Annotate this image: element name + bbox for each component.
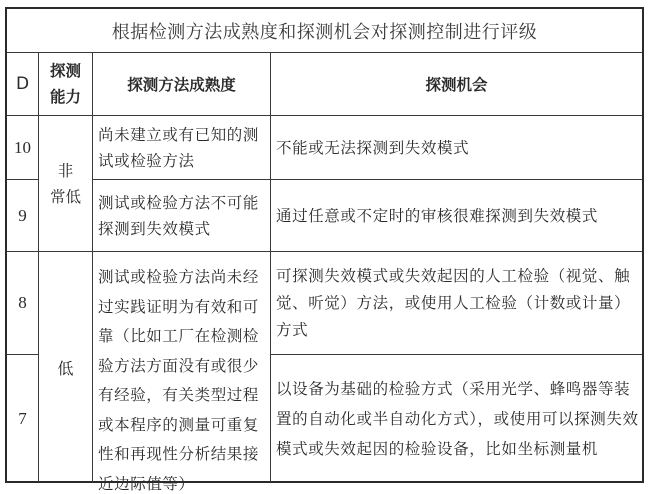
ability-very-low: 非 常低 [38, 115, 92, 251]
rating-8: 8 [7, 251, 38, 354]
header-detection-ability: 探测 能力 [38, 52, 92, 115]
opportunity-9: 通过任意或不定时的审核很难探测到失效模式 [270, 179, 642, 251]
ability-very-low-line2: 常低 [50, 184, 81, 210]
table-title: 根据检测方法成熟度和探测机会对探测控制进行评级 [7, 9, 642, 52]
ability-very-low-line1: 非 [50, 158, 81, 184]
opportunity-8: 可探测失效模式或失效起因的人工检验（视觉、触觉、听觉）方法，或使用人工检验（计数… [270, 251, 642, 354]
header-detection-opportunity: 探测机会 [270, 52, 642, 115]
rating-9: 9 [7, 179, 38, 251]
rating-7: 7 [7, 354, 38, 483]
header-d: D [7, 52, 38, 115]
maturity-9: 测试或检验方法不可能探测到失效模式 [92, 179, 270, 251]
maturity-10: 尚未建立或有已知的测试或检验方法 [92, 115, 270, 179]
opportunity-10: 不能或无法探测到失效模式 [270, 115, 642, 179]
header-method-maturity: 探测方法成熟度 [92, 52, 270, 115]
detection-rating-table: 根据检测方法成熟度和探测机会对探测控制进行评级 D 探测 能力 探测方法成熟度 … [5, 7, 644, 483]
ability-low: 低 [38, 251, 92, 483]
opportunity-7: 以设备为基础的检验方式（采用光学、蜂鸣器等装置的自动化或半自动化方式），或使用可… [270, 354, 642, 483]
header-ability-line2: 能力 [50, 84, 81, 110]
rating-10: 10 [7, 115, 38, 179]
header-ability-line1: 探测 [50, 58, 81, 84]
maturity-8-7: 测试或检验方法尚未经过实践证明为有效和可靠（比如工厂在检测检验方法方面没有或很少… [92, 251, 270, 483]
